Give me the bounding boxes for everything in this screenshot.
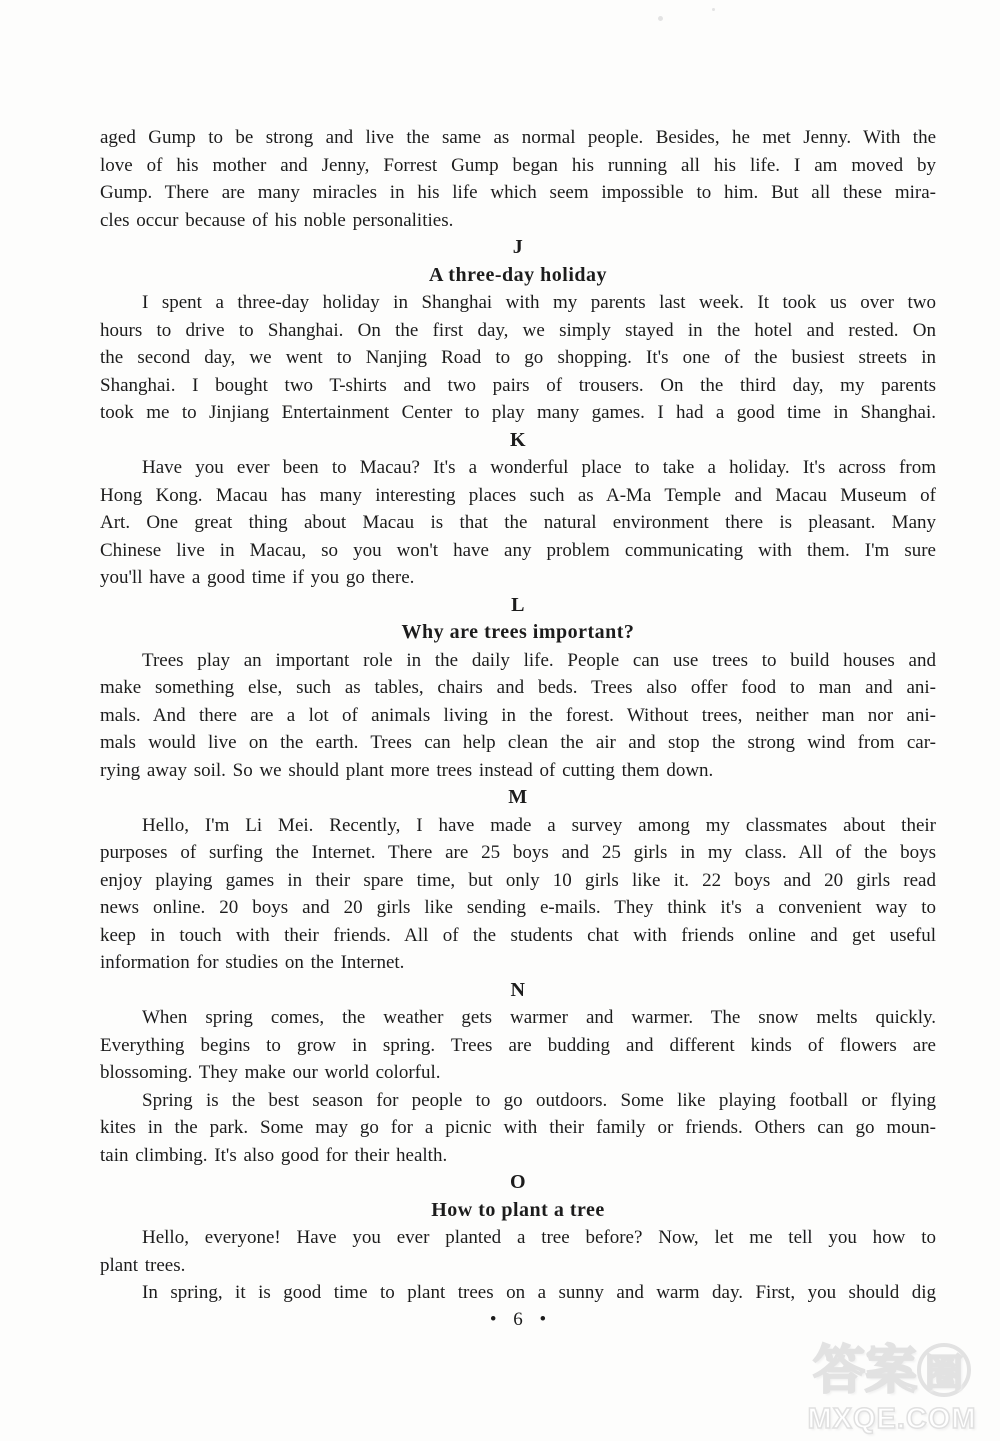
text-line: Hello, I'm Li Mei. Recently, I have made…: [100, 812, 936, 840]
text-line: Trees play an important role in the dail…: [100, 647, 936, 675]
text-line: Everything begins to grow in spring. Tre…: [100, 1032, 936, 1060]
section-title: How to plant a tree: [100, 1197, 936, 1225]
text-line: Gump. There are many miracles in his lif…: [100, 179, 936, 207]
section-label: K: [100, 427, 936, 455]
text-line: When spring comes, the weather gets warm…: [100, 1004, 936, 1032]
text-line: rying away soil. So we should plant more…: [100, 757, 936, 785]
text-line: the second day, we went to Nanjing Road …: [100, 344, 936, 372]
text-line: make something else, such as tables, cha…: [100, 674, 936, 702]
text-line: enjoy playing games in their spare time,…: [100, 867, 936, 895]
scan-speck: [712, 8, 715, 11]
text-line: took me to Jinjiang Entertainment Center…: [100, 399, 936, 427]
section-label: M: [100, 784, 936, 812]
text-line: aged Gump to be strong and live the same…: [100, 124, 936, 152]
text-line: keep in touch with their friends. All of…: [100, 922, 936, 950]
text-line: hours to drive to Shanghai. On the first…: [100, 317, 936, 345]
text-line: tain climbing. It's also good for their …: [100, 1142, 936, 1170]
text-line: Art. One great thing about Macau is that…: [100, 509, 936, 537]
section-title: Why are trees important?: [100, 619, 936, 647]
text-line: news online. 20 boys and 20 girls like s…: [100, 894, 936, 922]
text-line: kites in the park. Some may go for a pic…: [100, 1114, 936, 1142]
scan-speck: [658, 16, 663, 21]
section-label: O: [100, 1169, 936, 1197]
section-label: J: [100, 234, 936, 262]
text-line: purposes of surfing the Internet. There …: [100, 839, 936, 867]
watermark-brand: 答案圈: [792, 1341, 992, 1401]
text-line: In spring, it is good time to plant tree…: [100, 1279, 936, 1307]
text-line: Chinese live in Macau, so you won't have…: [100, 537, 936, 565]
text-line: mals would live on the earth. Trees can …: [100, 729, 936, 757]
watermark-brand-circled-char: 圈: [917, 1343, 971, 1397]
text-flow: aged Gump to be strong and live the same…: [100, 124, 936, 1307]
text-line: Shanghai. I bought two T-shirts and two …: [100, 372, 936, 400]
text-line: blossoming. They make our world colorful…: [100, 1059, 936, 1087]
text-line: mals. And there are a lot of animals liv…: [100, 702, 936, 730]
text-line: you'll have a good time if you go there.: [100, 564, 936, 592]
scanned-page: aged Gump to be strong and live the same…: [0, 0, 1000, 1441]
section-title: A three-day holiday: [100, 262, 936, 290]
text-line: Have you ever been to Macau? It's a wond…: [100, 454, 936, 482]
text-line: plant trees.: [100, 1252, 936, 1280]
text-line: Hello, everyone! Have you ever planted a…: [100, 1224, 936, 1252]
text-line: I spent a three-day holiday in Shanghai …: [100, 289, 936, 317]
text-line: Spring is the best season for people to …: [100, 1087, 936, 1115]
watermark-brand-text: 答案: [813, 1342, 917, 1400]
text-line: cles occur because of his noble personal…: [100, 207, 936, 235]
page-number: • 6 •: [100, 1309, 936, 1331]
section-label: N: [100, 977, 936, 1005]
section-label: L: [100, 592, 936, 620]
text-line: love of his mother and Jenny, Forrest Gu…: [100, 152, 936, 180]
watermark: 答案圈 MXQE.COM: [792, 1341, 992, 1437]
text-line: information for studies on the Internet.: [100, 949, 936, 977]
watermark-site: MXQE.COM: [792, 1401, 992, 1437]
text-line: Hong Kong. Macau has many interesting pl…: [100, 482, 936, 510]
